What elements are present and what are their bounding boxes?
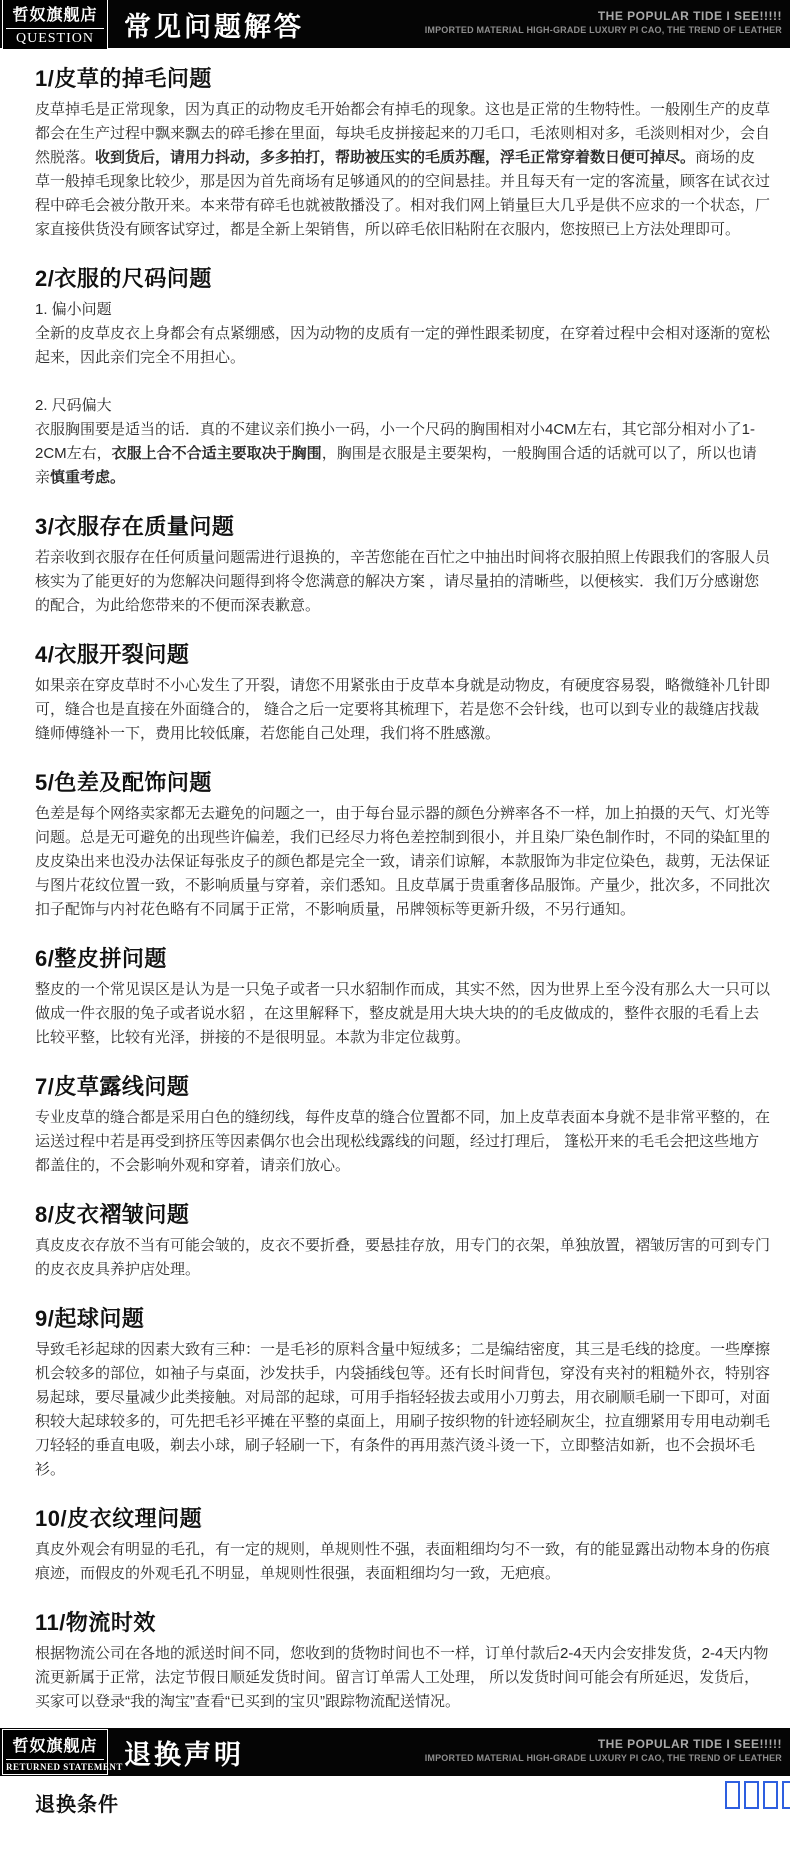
faq-spacer xyxy=(35,370,770,394)
faq-section: 3/衣服存在质量问题若亲收到衣服存在任何质量问题需进行退换的，辛苦您能在百忙之中… xyxy=(35,510,770,618)
missing-glyph-icon xyxy=(725,1781,740,1809)
faq-subheading: 2. 尺码偏大 xyxy=(35,394,770,418)
text-run: 衣服上合不合适主要取决于胸围 xyxy=(112,445,322,462)
store-name: 哲奴旗舰店 xyxy=(6,2,104,29)
faq-paragraph: 衣服胸围要是适当的话．真的不建议亲们换小一码，小一个尺码的胸围相对小4CM左右，… xyxy=(35,418,770,490)
faq-paragraph: 真皮外观会有明显的毛孔，有一定的规则，单规则性不强，表面粗细均匀不一致，有的能显… xyxy=(35,1538,770,1586)
missing-glyph-icon xyxy=(744,1781,759,1809)
faq-paragraph: 专业皮草的缝合都是采用白色的缝纫线，每件皮草的缝合位置都不同，加上皮草表面本身就… xyxy=(35,1106,770,1178)
store-badge-bottom: 哲奴旗舰店 RETURNED STATEMENT xyxy=(2,1729,108,1775)
text-run: 收到货后，请用力抖动，多多拍打，帮助被压实的毛质苏醒，浮毛正常穿着数日便可掉尽。 xyxy=(95,149,695,166)
tagline-secondary: IMPORTED MATERIAL HIGH-GRADE LUXURY PI C… xyxy=(425,25,782,37)
faq-paragraph: 全新的皮草皮衣上身都会有点紧绷感，因为动物的皮质有一定的弹性跟柔韧度，在穿着过程… xyxy=(35,322,770,370)
text-run: 根据物流公司在各地的派送时间不同，您收到的货物时间也不一样，订单付款后2-4天内… xyxy=(35,1645,768,1710)
faq-paragraph: 整皮的一个常见误区是认为是一只兔子或者一只水貂制作而成，其实不然，因为世界上至今… xyxy=(35,978,770,1050)
faq-section-title: 8/皮衣褶皱问题 xyxy=(35,1198,770,1229)
header-taglines: THE POPULAR TIDE I SEE!!!!! IMPORTED MAT… xyxy=(425,9,782,36)
text-run: 整皮的一个常见误区是认为是一只兔子或者一只水貂制作而成，其实不然，因为世界上至今… xyxy=(35,981,770,1046)
return-conditions-heading: 退换条件 xyxy=(35,1788,119,1817)
store-subtitle-bottom: RETURNED STATEMENT xyxy=(6,1760,104,1772)
faq-subheading: 1. 偏小问题 xyxy=(35,298,770,322)
return-statement-bar: 哲奴旗舰店 RETURNED STATEMENT 退换声明 THE POPULA… xyxy=(0,1728,790,1776)
text-run: 真皮外观会有明显的毛孔，有一定的规则，单规则性不强，表面粗细均匀不一致，有的能显… xyxy=(35,1541,770,1582)
faq-paragraph: 皮草掉毛是正常现象，因为真正的动物皮毛开始都会有掉毛的现象。这也是正常的生物特性… xyxy=(35,98,770,242)
text-run: 慎重考虑。 xyxy=(50,469,125,486)
faq-section-title: 10/皮衣纹理问题 xyxy=(35,1502,770,1533)
page-title: 常见问题解答 xyxy=(124,5,304,44)
footer-taglines: THE POPULAR TIDE I SEE!!!!! IMPORTED MAT… xyxy=(425,1737,782,1764)
faq-section-title: 5/色差及配饰问题 xyxy=(35,766,770,797)
faq-paragraph: 若亲收到衣服存在任何质量问题需进行退换的，辛苦您能在百忙之中抽出时间将衣服拍照上… xyxy=(35,546,770,618)
faq-section: 5/色差及配饰问题色差是每个网络卖家都无去避免的问题之一，由于每台显示器的颜色分… xyxy=(35,766,770,922)
faq-section: 11/物流时效根据物流公司在各地的派送时间不同，您收到的货物时间也不一样，订单付… xyxy=(35,1606,770,1714)
faq-paragraph: 导致毛衫起球的因素大致有三种：一是毛衫的原料含量中短绒多；二是编结密度，其三是毛… xyxy=(35,1338,770,1482)
faq-section: 8/皮衣褶皱问题真皮皮衣存放不当有可能会皱的，皮衣不要折叠，要悬挂存放，用专门的… xyxy=(35,1198,770,1282)
faq-section-title: 9/起球问题 xyxy=(35,1302,770,1333)
faq-section-title: 4/衣服开裂问题 xyxy=(35,638,770,669)
faq-paragraph: 色差是每个网络卖家都无去避免的问题之一，由于每台显示器的颜色分辨率各不一样，加上… xyxy=(35,802,770,922)
faq-section-title: 1/皮草的掉毛问题 xyxy=(35,62,770,93)
faq-section-title: 2/衣服的尺码问题 xyxy=(35,262,770,293)
tagline-primary: THE POPULAR TIDE I SEE!!!!! xyxy=(425,9,782,25)
tagline-primary-bottom: THE POPULAR TIDE I SEE!!!!! xyxy=(425,1737,782,1753)
faq-section-title: 3/衣服存在质量问题 xyxy=(35,510,770,541)
faq-paragraph: 真皮皮衣存放不当有可能会皱的，皮衣不要折叠，要悬挂存放，用专门的衣架，单独放置，… xyxy=(35,1234,770,1282)
text-run: 真皮皮衣存放不当有可能会皱的，皮衣不要折叠，要悬挂存放，用专门的衣架，单独放置，… xyxy=(35,1237,770,1278)
return-conditions-area: 退换条件 xyxy=(0,1776,790,1862)
faq-section: 4/衣服开裂问题如果亲在穿皮草时不小心发生了开裂，请您不用紧张由于皮草本身就是动… xyxy=(35,638,770,746)
return-statement-title: 退换声明 xyxy=(124,1733,244,1772)
faq-section: 6/整皮拼问题整皮的一个常见误区是认为是一只兔子或者一只水貂制作而成，其实不然，… xyxy=(35,942,770,1050)
faq-section-title: 11/物流时效 xyxy=(35,1606,770,1637)
text-run: 专业皮草的缝合都是采用白色的缝纫线，每件皮草的缝合位置都不同，加上皮草表面本身就… xyxy=(35,1109,770,1174)
store-badge: 哲奴旗舰店 QUESTION xyxy=(2,0,108,50)
store-subtitle: QUESTION xyxy=(6,29,104,47)
text-run: 导致毛衫起球的因素大致有三种：一是毛衫的原料含量中短绒多；二是编结密度，其三是毛… xyxy=(35,1341,770,1478)
faq-section-title: 6/整皮拼问题 xyxy=(35,942,770,973)
faq-section-title: 7/皮草露线问题 xyxy=(35,1070,770,1101)
store-name-bottom: 哲奴旗舰店 xyxy=(6,1733,104,1760)
text-run: 若亲收到衣服存在任何质量问题需进行退换的，辛苦您能在百忙之中抽出时间将衣服拍照上… xyxy=(35,549,770,614)
text-run: 色差是每个网络卖家都无去避免的问题之一，由于每台显示器的颜色分辨率各不一样，加上… xyxy=(35,805,770,918)
text-run: 如果亲在穿皮草时不小心发生了开裂，请您不用紧张由于皮草本身就是动物皮，有硬度容易… xyxy=(35,677,770,742)
missing-glyph-placeholders xyxy=(725,1781,790,1809)
faq-sections: 1/皮草的掉毛问题皮草掉毛是正常现象，因为真正的动物皮毛开始都会有掉毛的现象。这… xyxy=(0,48,790,1728)
faq-section: 9/起球问题导致毛衫起球的因素大致有三种：一是毛衫的原料含量中短绒多；二是编结密… xyxy=(35,1302,770,1482)
faq-section: 1/皮草的掉毛问题皮草掉毛是正常现象，因为真正的动物皮毛开始都会有掉毛的现象。这… xyxy=(35,62,770,242)
text-run: 全新的皮草皮衣上身都会有点紧绷感，因为动物的皮质有一定的弹性跟柔韧度，在穿着过程… xyxy=(35,325,770,366)
missing-glyph-icon xyxy=(763,1781,778,1809)
faq-section: 7/皮草露线问题专业皮草的缝合都是采用白色的缝纫线，每件皮草的缝合位置都不同，加… xyxy=(35,1070,770,1178)
faq-section: 2/衣服的尺码问题1. 偏小问题全新的皮草皮衣上身都会有点紧绷感，因为动物的皮质… xyxy=(35,262,770,490)
missing-glyph-icon xyxy=(782,1781,790,1809)
faq-section: 10/皮衣纹理问题真皮外观会有明显的毛孔，有一定的规则，单规则性不强，表面粗细均… xyxy=(35,1502,770,1586)
tagline-secondary-bottom: IMPORTED MATERIAL HIGH-GRADE LUXURY PI C… xyxy=(425,1753,782,1765)
faq-paragraph: 根据物流公司在各地的派送时间不同，您收到的货物时间也不一样，订单付款后2-4天内… xyxy=(35,1642,770,1714)
faq-paragraph: 如果亲在穿皮草时不小心发生了开裂，请您不用紧张由于皮草本身就是动物皮，有硬度容易… xyxy=(35,674,770,746)
faq-header-bar: 哲奴旗舰店 QUESTION 常见问题解答 THE POPULAR TIDE I… xyxy=(0,0,790,48)
